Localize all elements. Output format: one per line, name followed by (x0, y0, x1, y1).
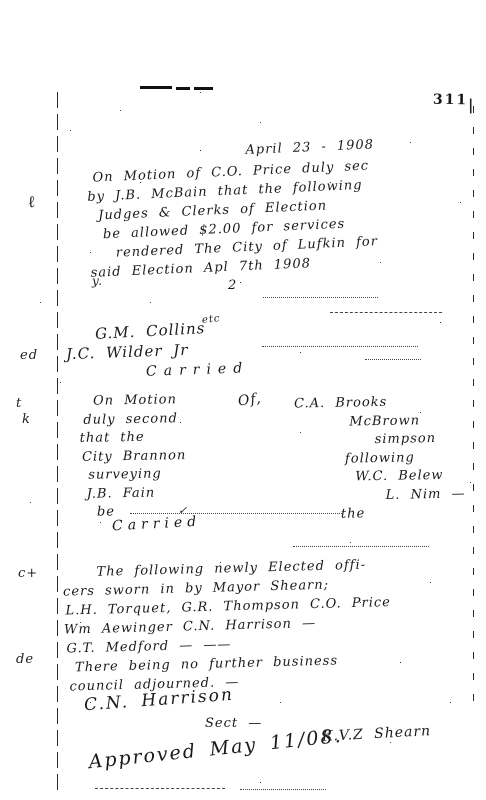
signature-name: J.C. Wilder Jr (66, 341, 189, 363)
dotted-rule (130, 512, 342, 514)
margin-mark: c+ (18, 566, 38, 581)
page-number: 311 (433, 92, 469, 109)
margin-mark: ed (20, 348, 38, 363)
dotted-rule (95, 787, 225, 789)
entry-line: City Brannon (82, 447, 187, 467)
entry-line: simpson (375, 430, 465, 450)
dotted-rule (330, 311, 442, 313)
dotted-rule (293, 545, 429, 547)
stray-mark: 2 (228, 278, 237, 293)
scan-noise (0, 0, 1, 1)
margin-mark: ℓ (26, 191, 37, 212)
minutes-entry-election-pay: April 23 - 1908 On Motion of C.O. Price … (85, 132, 451, 283)
top-dash (194, 87, 213, 90)
carried-notation: Carried (112, 514, 202, 535)
minutes-entry-motion-right-column: C.A. Brooks McBrown simpson following W.… (294, 393, 466, 525)
top-dash (176, 87, 190, 90)
dotted-rule (263, 296, 378, 298)
approved-notation: Approved May 11/08. (88, 725, 344, 774)
entry-line: following (345, 448, 465, 469)
entry-line: duly second (83, 410, 186, 430)
left-margin-rule (57, 92, 58, 794)
scanned-minutes-page: 311 | ℓ ed t k c+ de April 23 - 1908 On … (0, 0, 486, 800)
entry-line: McBrown (349, 411, 464, 432)
minutes-entry-motion-left-column: On Motion duly second that the City Bran… (77, 391, 188, 522)
entry-line: the (341, 504, 466, 525)
entry-line: surveying (88, 465, 187, 485)
carried-notation: Carried (146, 360, 250, 380)
dotted-rule (262, 345, 418, 347)
minutes-entry-officers-sworn: The following newly Elected offi- cers s… (76, 553, 479, 696)
signature-name: G.M. Collins (95, 319, 206, 343)
dotted-rule (240, 788, 326, 790)
entry-line: that the (80, 428, 187, 448)
dotted-rule (365, 358, 421, 360)
stray-mark: y. (92, 274, 103, 288)
secretary-title: Sect — (205, 716, 262, 731)
entry-line: W.C. Belew (355, 467, 465, 487)
top-dash (140, 86, 172, 89)
margin-mark: k (22, 412, 31, 427)
entry-line: On Motion (93, 391, 186, 411)
margin-mark: de (16, 652, 34, 667)
entry-line: J.B. Fain (86, 484, 187, 504)
entry-word-of: Of, (237, 390, 263, 409)
entry-line: L. Nim — (385, 485, 465, 505)
margin-mark: t (16, 396, 22, 411)
